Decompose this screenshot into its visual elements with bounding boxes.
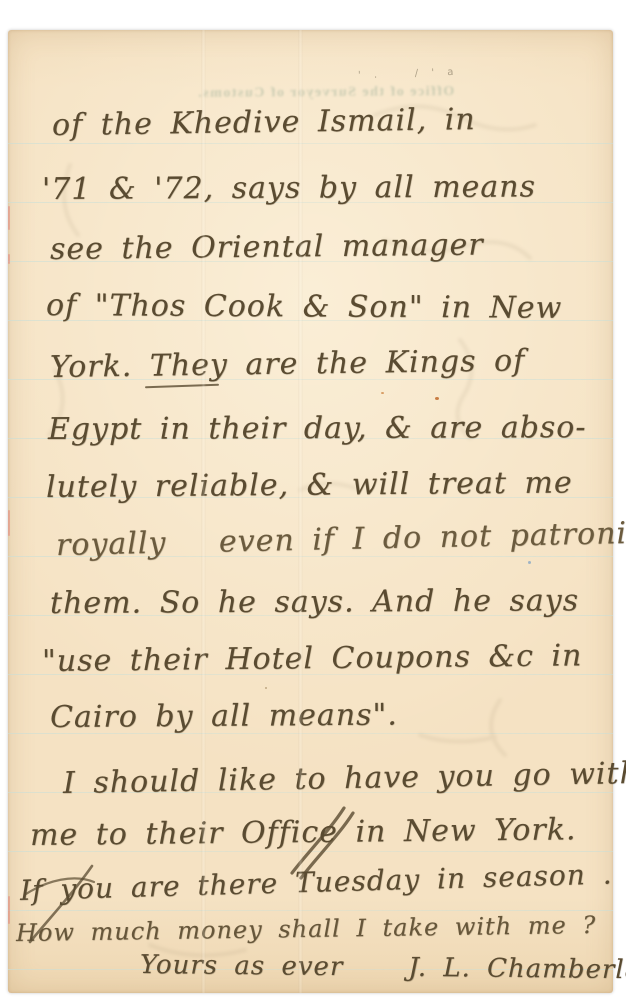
ghost-letterhead-text: Office of the Surveyor of Customs.: [158, 84, 493, 102]
foxing-speck: [435, 397, 439, 400]
handwritten-line: of "Thos Cook & Son" in New: [46, 288, 562, 326]
handwritten-line: me to their Office in New York.: [30, 812, 577, 853]
letter-scan: Office of the Surveyor of Customs. ' . /…: [0, 0, 626, 1000]
handwritten-line: lutely reliable, & will treat me: [46, 465, 573, 505]
handwritten-line: Egypt in their day, & are abso-: [48, 410, 587, 447]
edge-artifact: [8, 206, 10, 230]
handwritten-line: see the Oriental manager: [50, 227, 484, 267]
paper-crease: [298, 30, 303, 993]
handwritten-line: "use their Hotel Coupons &c in: [42, 638, 583, 679]
signature-line: Yours as ever J. L. Chamberlain: [140, 950, 626, 986]
handwritten-line: York. They are the Kings of: [50, 343, 526, 385]
handwritten-line: Cairo by all means".: [50, 698, 398, 735]
paper-crease: [201, 30, 206, 993]
foxing-speck: [265, 687, 267, 689]
foxing-speck: [381, 392, 384, 394]
letter-paper: Office of the Surveyor of Customs. ' . /…: [8, 30, 613, 993]
handwritten-line: of the Khedive Ismail, in: [52, 102, 476, 143]
handwritten-line: '71 & '72, says by all means: [42, 169, 536, 207]
edge-artifact: [8, 254, 10, 264]
edge-artifact: [8, 510, 10, 536]
edge-artifact: [8, 896, 10, 924]
handwritten-line: them. So he says. And he says: [50, 583, 579, 621]
foxing-speck: [528, 561, 531, 564]
pencil-marks: ' . / ' a: [358, 66, 488, 82]
